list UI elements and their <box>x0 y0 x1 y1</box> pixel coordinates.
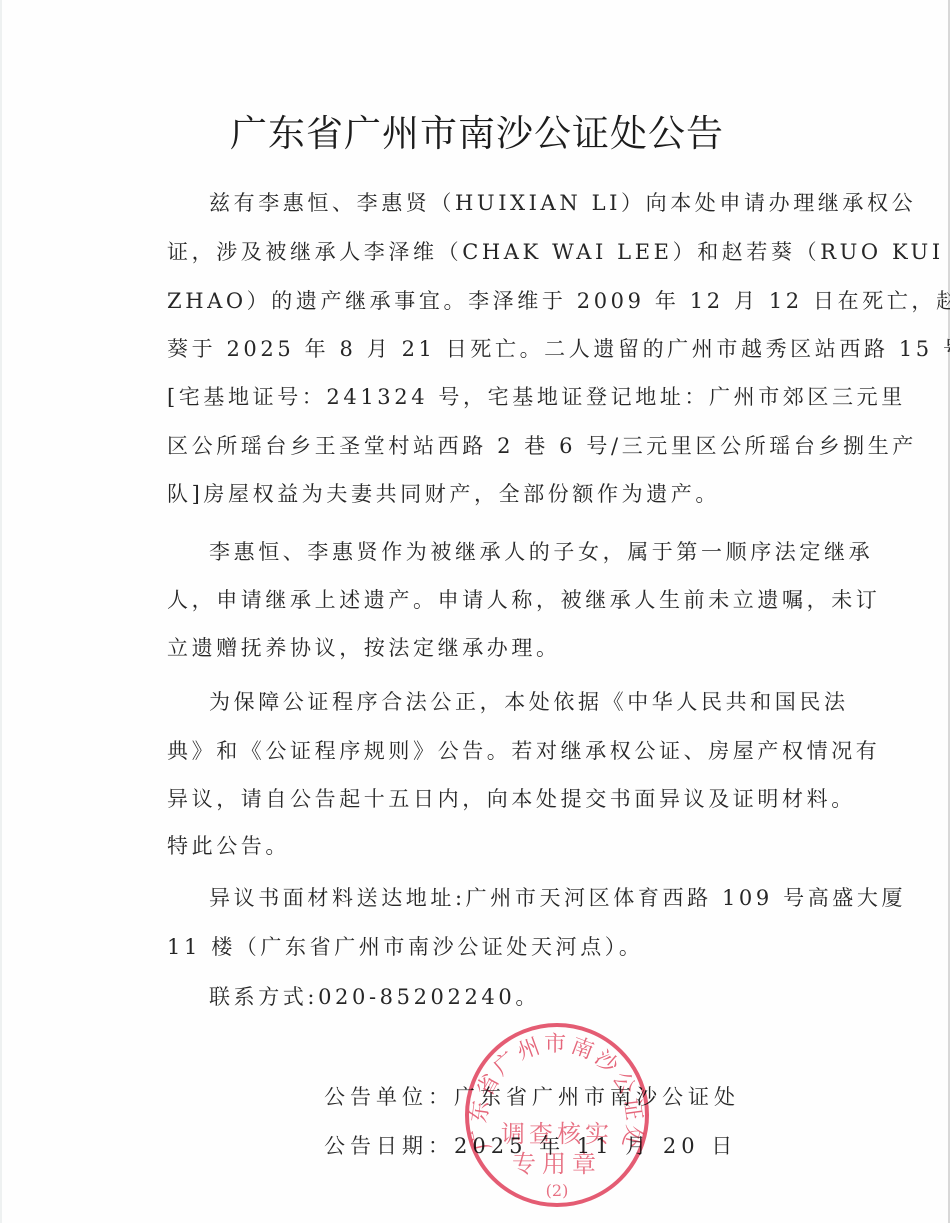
paragraph-3-line-4: 特此公告。 <box>167 832 290 860</box>
paragraph-1-line-7: 队]房屋权益为夫妻共同财产，全部份额作为遗产。 <box>167 480 720 508</box>
paragraph-2-line-2: 人，申请继承上述遗产。申请人称，被继承人生前未立遗嘱，未订 <box>167 586 880 614</box>
paragraph-1-line-1: 兹有李惠恒、李惠贤（HUIXIAN LI）向本处申请办理继承权公 <box>209 189 916 217</box>
paragraph-1-line-5: [宅基地证号：241324 号，宅基地证登记地址：广州市郊区三元里 <box>167 383 906 411</box>
objection-address-line-1: 异议书面材料送达地址:广州市天河区体育西路 109 号高盛大厦 <box>209 884 906 912</box>
paragraph-1-line-3: ZHAO）的遗产继承事宜。李泽维于 2009 年 12 月 12 日在死亡，赵若 <box>167 287 950 315</box>
paragraph-1-line-4: 葵于 2025 年 8 月 21 日死亡。二人遗留的广州市越秀区站西路 15 号 <box>167 335 950 363</box>
paragraph-1-line-2: 证，涉及被继承人李泽维（CHAK WAI LEE）和赵若葵（RUO KUI <box>167 238 944 266</box>
seal-number: (2) <box>546 1181 569 1200</box>
paragraph-3-line-2: 典》和《公证程序规则》公告。若对继承权公证、房屋产权情况有 <box>167 737 880 765</box>
contact-info: 联系方式:020-85202240。 <box>209 983 540 1011</box>
paragraph-3-line-3: 异议，请自公告起十五日内，向本处提交书面异议及证明材料。 <box>167 785 856 813</box>
date-line: 公告日期：2025 年 11 月 20 日 <box>324 1132 737 1160</box>
page-title: 广东省广州市南沙公证处公告 <box>2 103 950 157</box>
paragraph-3-line-1: 为保障公证程序合法公正，本处依据《中华人民共和国民法 <box>209 688 849 716</box>
notice-page: 广东省广州市南沙公证处公告 兹有李惠恒、李惠贤（HUIXIAN LI）向本处申请… <box>0 0 950 1223</box>
paragraph-1-line-6: 区公所瑶台乡王圣堂村站西路 2 巷 6 号/三元里区公所瑶台乡捌生产 <box>167 432 917 460</box>
issuer-line: 公告单位：广东省广州市南沙公证处 <box>324 1083 740 1111</box>
paragraph-2-line-3: 立遗赠抚养协议，按法定继承办理。 <box>167 634 561 662</box>
paragraph-2-line-1: 李惠恒、李惠贤作为被继承人的子女，属于第一顺序法定继承 <box>209 538 873 566</box>
official-seal-icon: 广东省广州市南沙公证处 调查核实 专用章 (2) <box>462 1020 652 1210</box>
objection-address-line-2: 11 楼（广东省广州市南沙公证处天河点）。 <box>167 933 644 961</box>
